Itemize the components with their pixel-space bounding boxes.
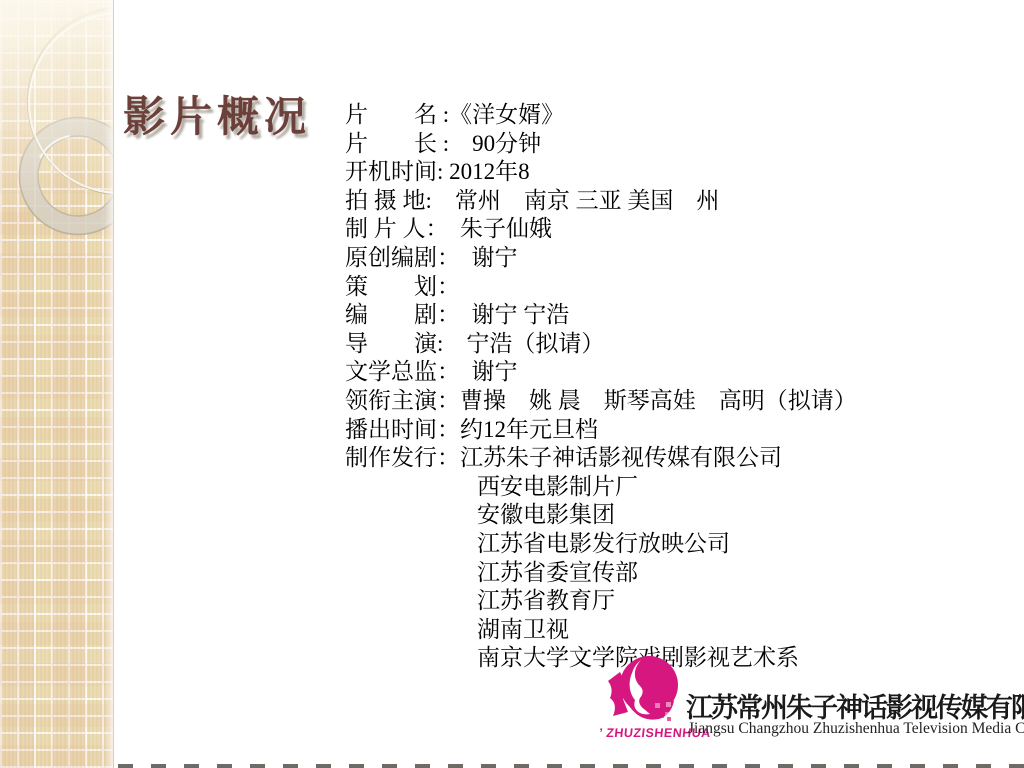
info-line: 播出时间：约12年元旦档 (345, 416, 1005, 445)
decorative-circle-outline (28, 8, 113, 194)
info-line: 领衔主演：曹操 姚 晨 斯琴高娃 高明（拟请） (345, 387, 1005, 416)
info-line: 文学总监： 谢宁 (345, 358, 1005, 387)
info-line: 安徽电影集团 (345, 501, 1005, 530)
info-line: 制 片 人： 朱子仙娥 (345, 215, 1005, 244)
sidebar-decoration (0, 0, 114, 768)
decorative-circle-highlight (29, 13, 113, 193)
bottom-cutoff-text (118, 764, 1024, 768)
info-line: 片 名 :《洋女婿》 (345, 101, 1005, 130)
info-line: 湖南卫视 (345, 616, 1005, 645)
info-line: 江苏省电影发行放映公司 (345, 530, 1005, 559)
info-line: 西安电影制片厂 (345, 473, 1005, 502)
info-line: 导 演: 宁浩（拟请） (345, 330, 1005, 359)
info-line: 原创编剧： 谢宁 (345, 244, 1005, 273)
info-line: 江苏省教育厅 (345, 587, 1005, 616)
info-line: 策 划： (345, 273, 1005, 302)
info-line: 拍 摄 地: 常州 南京 三亚 美国 州 (345, 187, 1005, 216)
slide-title: 影片概况 (123, 84, 311, 144)
decorative-circles (0, 0, 113, 768)
company-name-english: Jiangsu Changzhou Zhuzishenhua Televisio… (688, 720, 1024, 738)
info-line: 江苏省委宣传部 (345, 559, 1005, 588)
sidebar-edge-fade (104, 0, 113, 768)
info-line: 片 长 : 90分钟 (345, 130, 1005, 159)
info-line: 编 剧： 谢宁 宁浩 (345, 301, 1005, 330)
info-line: 开机时间: 2012年8 (345, 158, 1005, 187)
presentation-slide: 影片概况 片 名 :《洋女婿》片 长 : 90分钟开机时间: 2012年8拍 摄… (0, 0, 1024, 768)
decorative-ring-outline-inner (38, 136, 113, 216)
film-info-list: 片 名 :《洋女婿》片 长 : 90分钟开机时间: 2012年8拍 摄 地: 常… (345, 101, 1005, 673)
info-line: 制作发行：江苏朱子神话影视传媒有限公司 (345, 444, 1005, 473)
decorative-ring (29, 127, 113, 225)
